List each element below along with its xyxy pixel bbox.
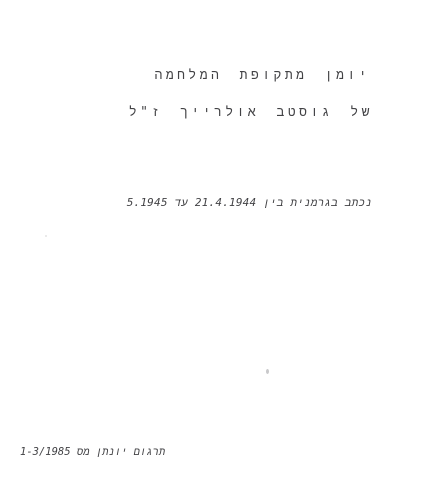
document-footer-translation-credit: תרגום יונתן מס 1-3/1985: [20, 446, 165, 459]
document-title-line-2: של גוסטב אולרייך ז"ל: [129, 105, 373, 120]
scanned-document-page: יומן מתקופת המלחמה של גוסטב אולרייך ז"ל …: [0, 0, 425, 500]
scan-speck: [266, 369, 269, 374]
scan-speck: [45, 235, 47, 237]
document-subtitle-dates: נכתב בגרמנית בין 21.4.1944 עד 5.1945: [127, 196, 372, 210]
document-title-line-1: יומן מתקופת המלחמה: [155, 68, 370, 83]
